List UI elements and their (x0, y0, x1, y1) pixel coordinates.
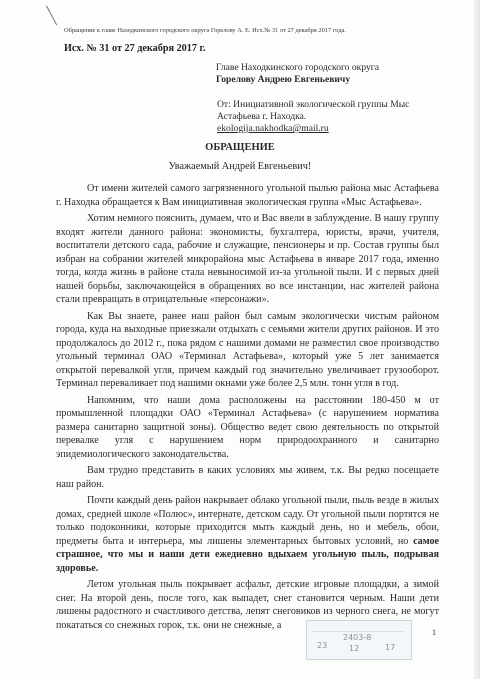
addressee-position: Главе Находкинского городского округа (216, 62, 379, 74)
document-title: ОБРАЩЕНИЕ (0, 142, 480, 153)
greeting: Уважаемый Андрей Евгеньевич! (0, 161, 480, 172)
stamp-day: 23 (317, 641, 327, 650)
addressee-name: Горелову Андрею Евгеньевичу (216, 74, 379, 86)
paragraph: Вам трудно представить в каких условиях … (56, 464, 439, 491)
running-header: Обращение к главе Находкинского городско… (64, 27, 346, 34)
registration-stamp: 23 2403-8 12 17 (306, 620, 412, 660)
stamp-month: 12 (349, 644, 359, 653)
sender-block: От: Инициативной экологической группы Мы… (217, 99, 409, 135)
outgoing-reference: Исх. № 31 от 27 декабря 2017 г. (64, 43, 206, 54)
sender-line-2: Астафьева г. Находка. (217, 111, 409, 123)
scan-mark (46, 6, 57, 26)
paragraph-dust: Почти каждый день район накрывает облако… (56, 494, 439, 575)
addressee-block: Главе Находкинского городского округа Го… (216, 62, 379, 86)
letter-body: От имени жителей самого загрязненного уг… (56, 182, 439, 635)
stamp-year: 17 (385, 643, 395, 652)
paragraph: Как Вы знаете, ранее наш район был самым… (56, 310, 439, 391)
paragraph-dust-text: Почти каждый день район накрывает облако… (56, 495, 439, 547)
sender-email: ekologija.nakhodka@mail.ru (217, 123, 409, 135)
stamp-line (313, 631, 405, 632)
stamp-number: 2403-8 (343, 633, 371, 642)
page-number: 1 (432, 628, 436, 637)
page-edge-shadow (474, 0, 480, 679)
paragraph: От имени жителей самого загрязненного уг… (56, 182, 439, 209)
sender-line-1: От: Инициативной экологической группы Мы… (217, 99, 409, 111)
paragraph: Хотим немного пояснить, думаем, что и Ва… (56, 212, 439, 307)
document-page: Обращение к главе Находкинского городско… (0, 0, 480, 679)
paragraph: Напомним, что наши дома расположены на р… (56, 394, 439, 462)
